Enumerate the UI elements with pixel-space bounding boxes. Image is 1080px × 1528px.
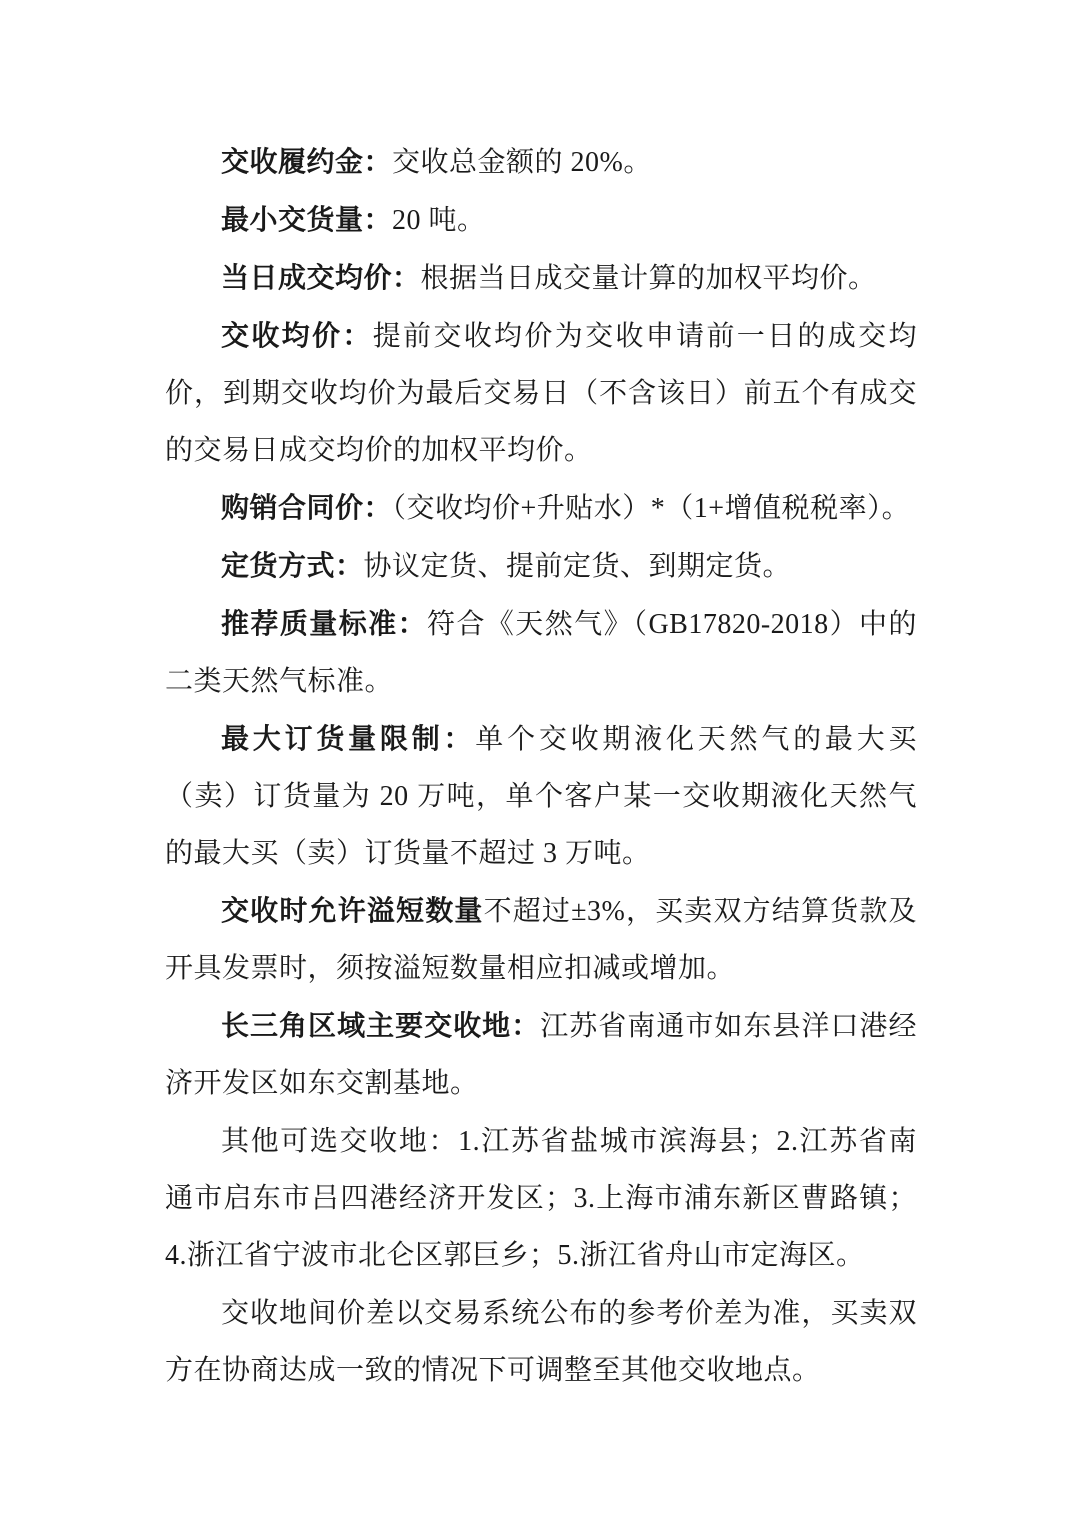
paragraph: 交收均价：提前交收均价为交收申请前一日的成交均价，到期交收均价为最后交易日（不含… — [165, 307, 917, 479]
paragraph: 交收地间价差以交易系统公布的参考价差为准，买卖双方在协商达成一致的情况下可调整至… — [165, 1284, 917, 1399]
paragraph: 其他可选交收地：1.江苏省盐城市滨海县；2.江苏省南通市启东市吕四港经济开发区；… — [165, 1112, 917, 1284]
paragraph: 当日成交均价：根据当日成交量计算的加权平均价。 — [165, 249, 917, 307]
paragraph: 推荐质量标准：符合《天然气》（GB17820-2018）中的二类天然气标准。 — [165, 595, 917, 710]
paragraph: 交收时允许溢短数量不超过±3%，买卖双方结算货款及开具发票时，须按溢短数量相应扣… — [165, 882, 917, 997]
paragraph: 最小交货量：20 吨。 — [165, 191, 917, 249]
paragraph-label: 最小交货量： — [221, 204, 392, 235]
paragraph-label: 推荐质量标准： — [221, 608, 427, 639]
paragraph-label: 定货方式： — [221, 550, 364, 581]
paragraph-label: 购销合同价： — [221, 492, 392, 523]
paragraph-text: 根据当日成交量计算的加权平均价。 — [421, 263, 877, 294]
paragraph-text: （交收均价+升贴水）*（1+增值税税率）。 — [392, 493, 910, 524]
paragraph-text: 其他可选交收地：1.江苏省盐城市滨海县；2.江苏省南通市启东市吕四港经济开发区；… — [165, 1126, 917, 1271]
paragraph: 交收履约金：交收总金额的 20%。 — [165, 133, 917, 191]
paragraph-text: 交收地间价差以交易系统公布的参考价差为准，买卖双方在协商达成一致的情况下可调整至… — [165, 1298, 917, 1386]
paragraph-text: 交收总金额的 20%。 — [392, 147, 652, 178]
paragraph-label: 最大订货量限制： — [221, 723, 475, 754]
paragraph-text: 协议定货、提前定货、到期定货。 — [364, 551, 792, 582]
paragraph-text: 20 吨。 — [392, 205, 486, 236]
paragraph: 定货方式：协议定货、提前定货、到期定货。 — [165, 537, 917, 595]
paragraph-label: 交收履约金： — [221, 146, 392, 177]
paragraph: 长三角区域主要交收地：江苏省南通市如东县洋口港经济开发区如东交割基地。 — [165, 997, 917, 1112]
document-page: 交收履约金：交收总金额的 20%。最小交货量：20 吨。当日成交均价：根据当日成… — [0, 0, 1080, 1528]
paragraph: 最大订货量限制：单个交收期液化天然气的最大买（卖）订货量为 20 万吨，单个客户… — [165, 710, 917, 882]
paragraph-label: 当日成交均价： — [221, 262, 421, 293]
paragraph-label: 交收时允许溢短数量 — [221, 895, 484, 926]
paragraph: 购销合同价：（交收均价+升贴水）*（1+增值税税率）。 — [165, 479, 917, 537]
document-body: 交收履约金：交收总金额的 20%。最小交货量：20 吨。当日成交均价：根据当日成… — [165, 133, 917, 1399]
paragraph-label: 长三角区域主要交收地： — [221, 1010, 540, 1041]
paragraph-label: 交收均价： — [221, 320, 373, 351]
